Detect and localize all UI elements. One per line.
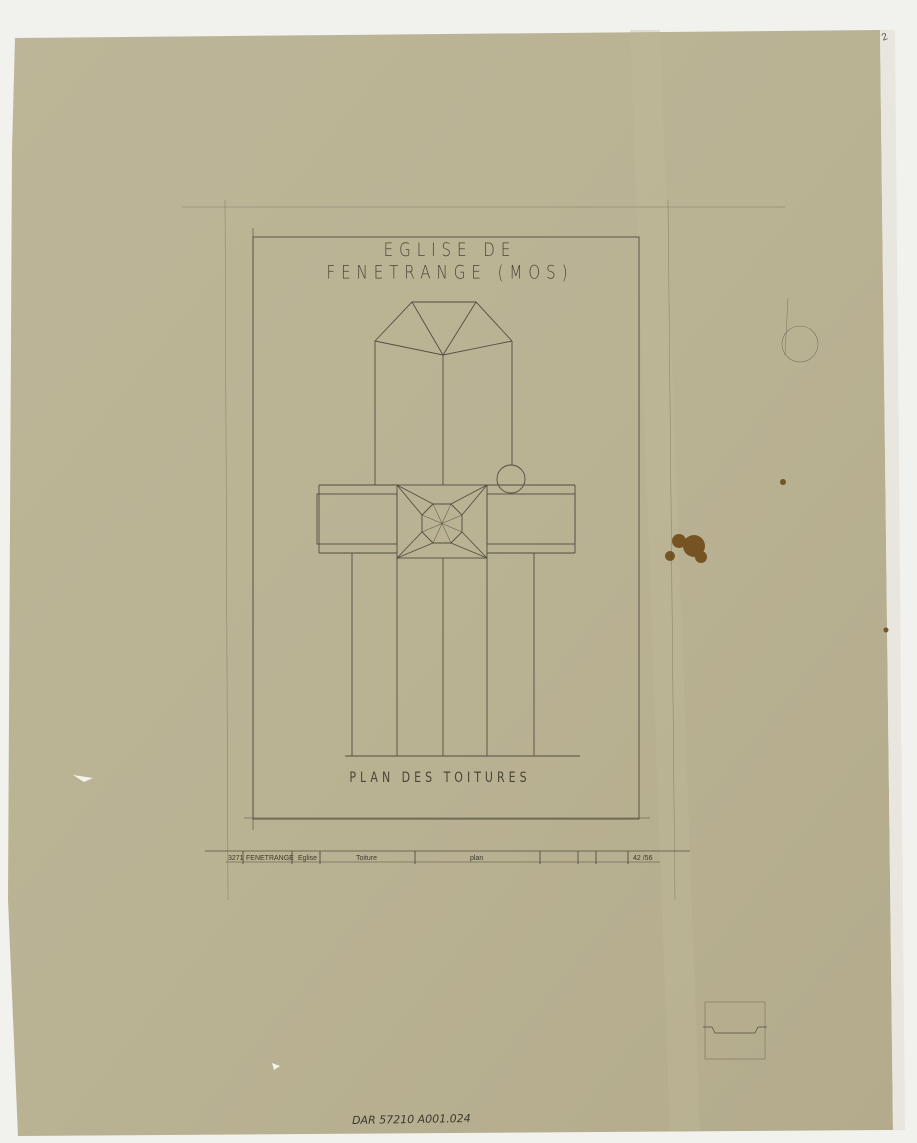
drawing-title: EGLISE DE FENETRANGE (MOS) [300, 239, 600, 284]
title-block-number: 3271 [228, 853, 244, 864]
title-block-view: plan [470, 853, 483, 864]
drawing-subtitle: PLAN DES TOITURES [340, 769, 540, 786]
archive-reference: DAR 57210 A001.024 [352, 1112, 471, 1127]
scanned-drawing-sheet: EGLISE DE FENETRANGE (MOS) PLAN DES TOIT… [0, 0, 917, 1143]
title-block-commune: FENETRANGE [246, 853, 294, 864]
title-block-sheet: 42 /56 [633, 853, 652, 864]
drawing-svg [0, 0, 917, 1143]
title-block-element: Toiture [356, 853, 377, 864]
title-block-building: Eglise [298, 853, 317, 864]
paper-sheet [8, 30, 893, 1136]
